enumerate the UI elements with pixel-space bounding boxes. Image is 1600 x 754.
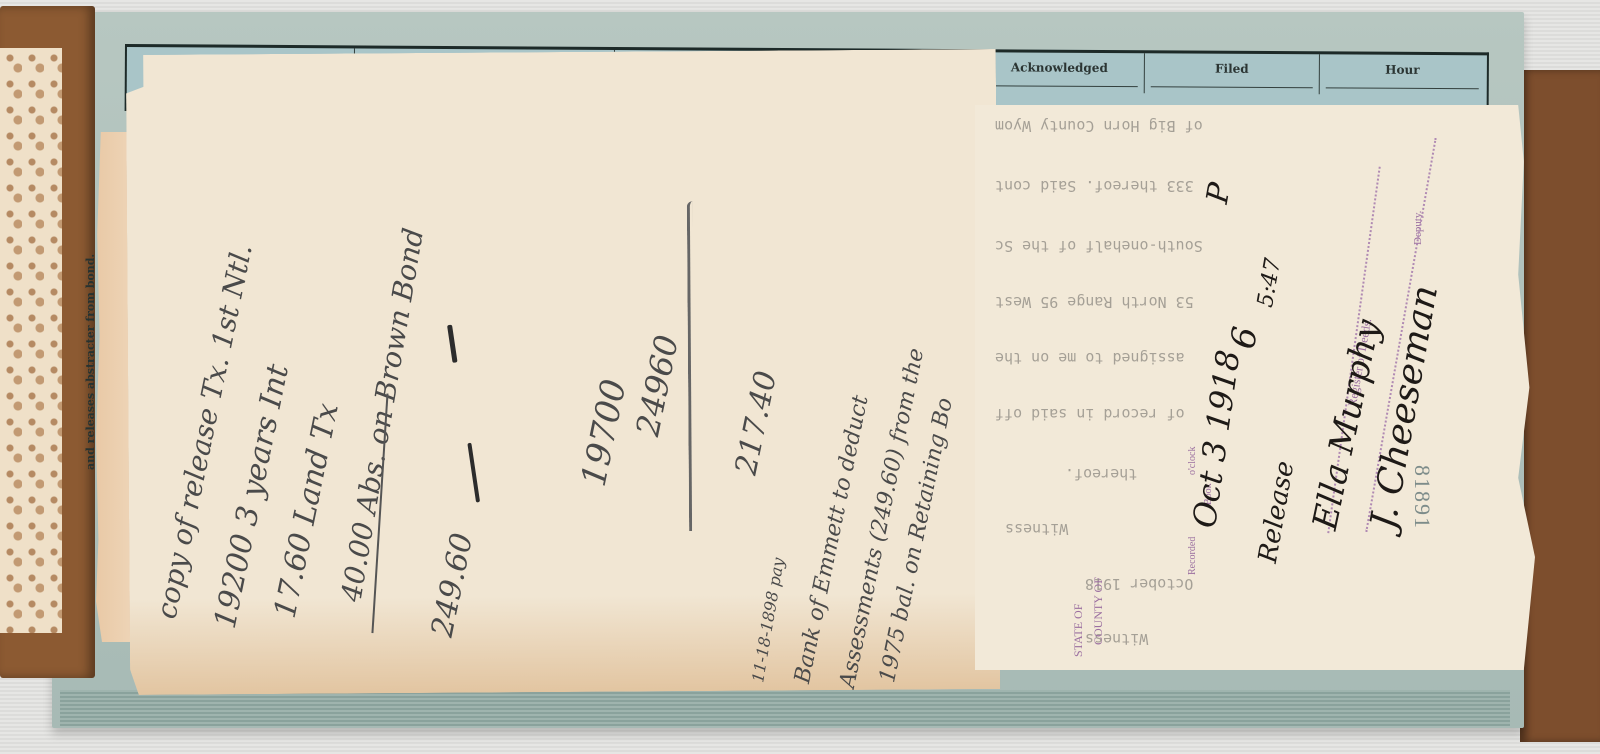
header-filed-label: Filed	[1215, 62, 1249, 76]
typed-line-2: 333 thereof. Said cont	[995, 177, 1194, 195]
marbled-endpaper	[0, 48, 62, 633]
filed-hour: 5:47	[1253, 256, 1286, 309]
footer-line-1: 11-18-1898 pay	[748, 556, 788, 684]
page-mark: P	[1200, 180, 1238, 206]
pin-head	[447, 325, 457, 363]
header-hour-label: Hour	[1385, 63, 1419, 77]
typed-line-4: 53 North Range 95 West	[995, 293, 1194, 311]
serial-number: 81891	[1409, 465, 1435, 530]
filed-date: Oct 3 1918	[1185, 348, 1248, 531]
header-acknowledged: Acknowledged	[975, 52, 1145, 93]
recording-certificate-slip: of Big Horn County Wyom 333 thereof. Sai…	[975, 105, 1535, 670]
header-hour: Hour	[1320, 54, 1485, 95]
typed-line-5: assigned to me on the	[995, 349, 1185, 367]
stamp-state: STATE OF	[1071, 604, 1086, 657]
stamp-recorded: Recorded	[1187, 537, 1198, 575]
header-acknowledged-label: Acknowledged	[1011, 60, 1108, 75]
note-total: 249.60	[425, 530, 480, 640]
pencil-note-slip: copy of release Tx. 1st Ntl. 19200 3 yea…	[126, 49, 1000, 695]
sum-3: 217.40	[729, 368, 784, 478]
sum-1: 19700	[574, 376, 635, 490]
pin-point	[467, 443, 480, 503]
typed-line-3: South-onehalf of the Sc	[995, 237, 1203, 255]
instrument-type: Release	[1253, 459, 1300, 566]
typed-line-6: of record in said off	[995, 405, 1185, 423]
typed-line-7: thereof.	[1065, 465, 1137, 483]
typed-line-1: of Big Horn County Wyom	[995, 117, 1203, 135]
book-number: 6	[1223, 324, 1266, 352]
sum-bracket	[687, 201, 695, 531]
sum-2: 24960	[628, 332, 686, 439]
header-filed: Filed	[1145, 53, 1320, 94]
typed-line-8: Witness	[1005, 520, 1068, 538]
ledger-page-edges	[60, 690, 1510, 726]
note-line-4: 40.00 Abs. on Brown Bond	[335, 226, 431, 604]
stamp-county: COUNTY OF	[1091, 577, 1106, 645]
right-leather-binding	[1520, 70, 1600, 742]
